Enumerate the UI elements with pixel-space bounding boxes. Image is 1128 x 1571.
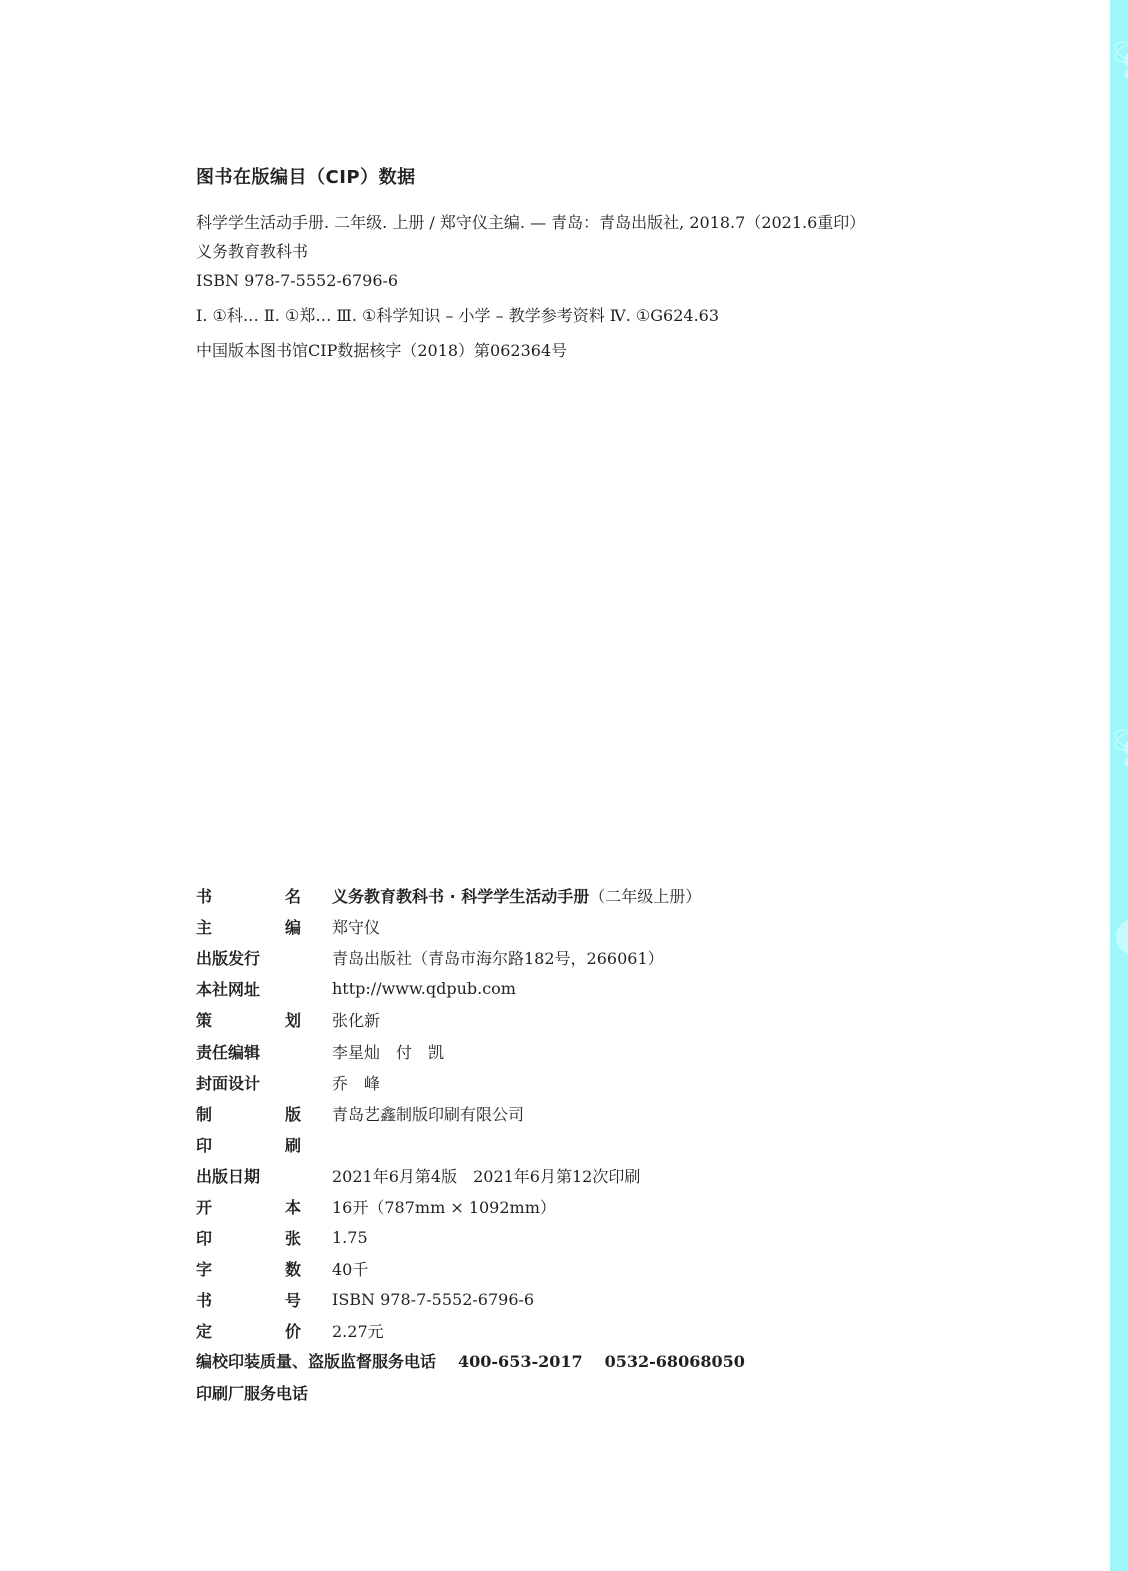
imprint-row-price: 定 价 2.27元 [196, 1315, 996, 1346]
label-text: 出版发行 [196, 946, 260, 969]
imprint-row-publication-date: 出版日期 2021年6月第4版 2021年6月第12次印刷 [196, 1160, 996, 1191]
atom-decoration-icon [1112, 718, 1128, 768]
label-char: 编 [285, 915, 301, 938]
cip-classification-line: Ⅰ. ①科… Ⅱ. ①郑… Ⅲ. ①科学知识 – 小学 – 教学参考资料 Ⅳ. … [196, 301, 996, 330]
imprint-label: 制 版 [196, 1102, 332, 1125]
atom-decoration-icon [1112, 30, 1128, 80]
cip-title: 图书在版编目（CIP）数据 [196, 164, 996, 192]
imprint-label: 印 张 [196, 1226, 332, 1249]
imprint-value: 2021年6月第4版 2021年6月第12次印刷 [332, 1164, 640, 1187]
imprint-row-editor-in-chief: 主 编 郑守仪 [196, 911, 996, 942]
service-hotline-label: 编校印装质量、盗版监督服务电话 [196, 1352, 436, 1371]
label-char: 书 [196, 884, 212, 907]
imprint-label: 定 价 [196, 1319, 332, 1342]
imprint-row-publisher: 出版发行 青岛出版社（青岛市海尔路182号，266061） [196, 942, 996, 973]
imprint-row-website: 本社网址 http://www.qdpub.com [196, 973, 996, 1004]
cip-record-number-line: 中国版本图书馆CIP数据核字（2018）第062364号 [196, 336, 996, 365]
label-char: 价 [285, 1319, 301, 1342]
circle-decoration-icon [1116, 920, 1128, 954]
imprint-row-book-number: 书 号 ISBN 978-7-5552-6796-6 [196, 1284, 996, 1315]
label-char: 本 [285, 1195, 301, 1218]
imprint-label: 主 编 [196, 915, 332, 938]
book-title-main: 义务教育教科书 · 科学学生活动手册 [332, 887, 589, 906]
imprint-row-printing: 印 刷 [196, 1129, 996, 1160]
label-char: 印 [196, 1133, 212, 1156]
imprint-table: 书 名 义务教育教科书 · 科学学生活动手册（二年级上册） 主 编 郑守仪 出版… [196, 880, 996, 1409]
imprint-label: 本社网址 [196, 977, 332, 1000]
cip-bibliographic-line: 科学学生活动手册. 二年级. 上册 / 郑守仪主编. — 青岛：青岛出版社, 2… [196, 208, 996, 237]
imprint-label: 印 刷 [196, 1133, 332, 1156]
imprint-value: 青岛艺鑫制版印刷有限公司 [332, 1102, 524, 1125]
imprint-value: 40千 [332, 1257, 368, 1280]
publisher-website-link[interactable]: http://www.qdpub.com [332, 979, 516, 998]
imprint-label: 出版发行 [196, 946, 332, 969]
label-char: 数 [285, 1257, 301, 1280]
decorative-side-strip [1110, 0, 1128, 1571]
label-char: 定 [196, 1319, 212, 1342]
imprint-value: 张化新 [332, 1008, 380, 1031]
label-char: 名 [285, 884, 301, 907]
imprint-value: 2.27元 [332, 1319, 384, 1342]
label-text: 本社网址 [196, 977, 260, 1000]
label-char: 策 [196, 1008, 212, 1031]
label-char: 开 [196, 1195, 212, 1218]
imprint-value: 乔 峰 [332, 1071, 380, 1094]
label-char: 字 [196, 1257, 212, 1280]
imprint-row-title: 书 名 义务教育教科书 · 科学学生活动手册（二年级上册） [196, 880, 996, 911]
label-char: 号 [285, 1288, 301, 1311]
service-hotline-phone-2: 0532-68068050 [605, 1352, 745, 1371]
cip-data-block: 图书在版编目（CIP）数据 科学学生活动手册. 二年级. 上册 / 郑守仪主编.… [196, 164, 996, 365]
imprint-value: 义务教育教科书 · 科学学生活动手册（二年级上册） [332, 884, 701, 907]
label-text: 封面设计 [196, 1071, 260, 1094]
imprint-value: 青岛出版社（青岛市海尔路182号，266061） [332, 946, 664, 969]
imprint-row-printed-sheets: 印 张 1.75 [196, 1222, 996, 1253]
imprint-row-plate-making: 制 版 青岛艺鑫制版印刷有限公司 [196, 1098, 996, 1129]
label-char: 张 [285, 1226, 301, 1249]
imprint-label: 书 名 [196, 884, 332, 907]
printer-hotline-label: 印刷厂服务电话 [196, 1384, 308, 1403]
label-char: 书 [196, 1288, 212, 1311]
label-text: 出版日期 [196, 1164, 260, 1187]
book-title-volume: （二年级上册） [589, 887, 701, 906]
imprint-label: 字 数 [196, 1257, 332, 1280]
imprint-row-planner: 策 划 张化新 [196, 1004, 996, 1035]
imprint-row-responsible-editor: 责任编辑 李星灿 付 凯 [196, 1035, 996, 1066]
cip-series-line: 义务教育教科书 [196, 237, 996, 266]
imprint-label: 书 号 [196, 1288, 332, 1311]
imprint-label: 出版日期 [196, 1164, 332, 1187]
imprint-row-word-count: 字 数 40千 [196, 1253, 996, 1284]
label-char: 印 [196, 1226, 212, 1249]
imprint-label: 封面设计 [196, 1071, 332, 1094]
imprint-value: ISBN 978-7-5552-6796-6 [332, 1290, 534, 1309]
imprint-row-format: 开 本 16开（787mm × 1092mm） [196, 1191, 996, 1222]
imprint-value: 郑守仪 [332, 915, 380, 938]
cip-isbn-line: ISBN 978-7-5552-6796-6 [196, 266, 996, 295]
imprint-row-cover-design: 封面设计 乔 峰 [196, 1067, 996, 1098]
label-char: 划 [285, 1008, 301, 1031]
imprint-label: 开 本 [196, 1195, 332, 1218]
imprint-value: 李星灿 付 凯 [332, 1040, 444, 1063]
copyright-page: 图书在版编目（CIP）数据 科学学生活动手册. 二年级. 上册 / 郑守仪主编.… [0, 0, 1110, 1571]
imprint-label: 责任编辑 [196, 1040, 332, 1063]
label-char: 版 [285, 1102, 301, 1125]
service-hotline-phone-1: 400-653-2017 [458, 1352, 583, 1371]
imprint-value: 1.75 [332, 1228, 368, 1247]
imprint-label: 策 划 [196, 1008, 332, 1031]
label-char: 制 [196, 1102, 212, 1125]
label-char: 刷 [285, 1133, 301, 1156]
label-char: 主 [196, 915, 212, 938]
imprint-value: 16开（787mm × 1092mm） [332, 1195, 556, 1218]
printer-hotline-row: 印刷厂服务电话 [196, 1378, 996, 1409]
service-hotline-row: 编校印装质量、盗版监督服务电话400-653-20170532-68068050 [196, 1346, 996, 1377]
label-text: 责任编辑 [196, 1040, 260, 1063]
